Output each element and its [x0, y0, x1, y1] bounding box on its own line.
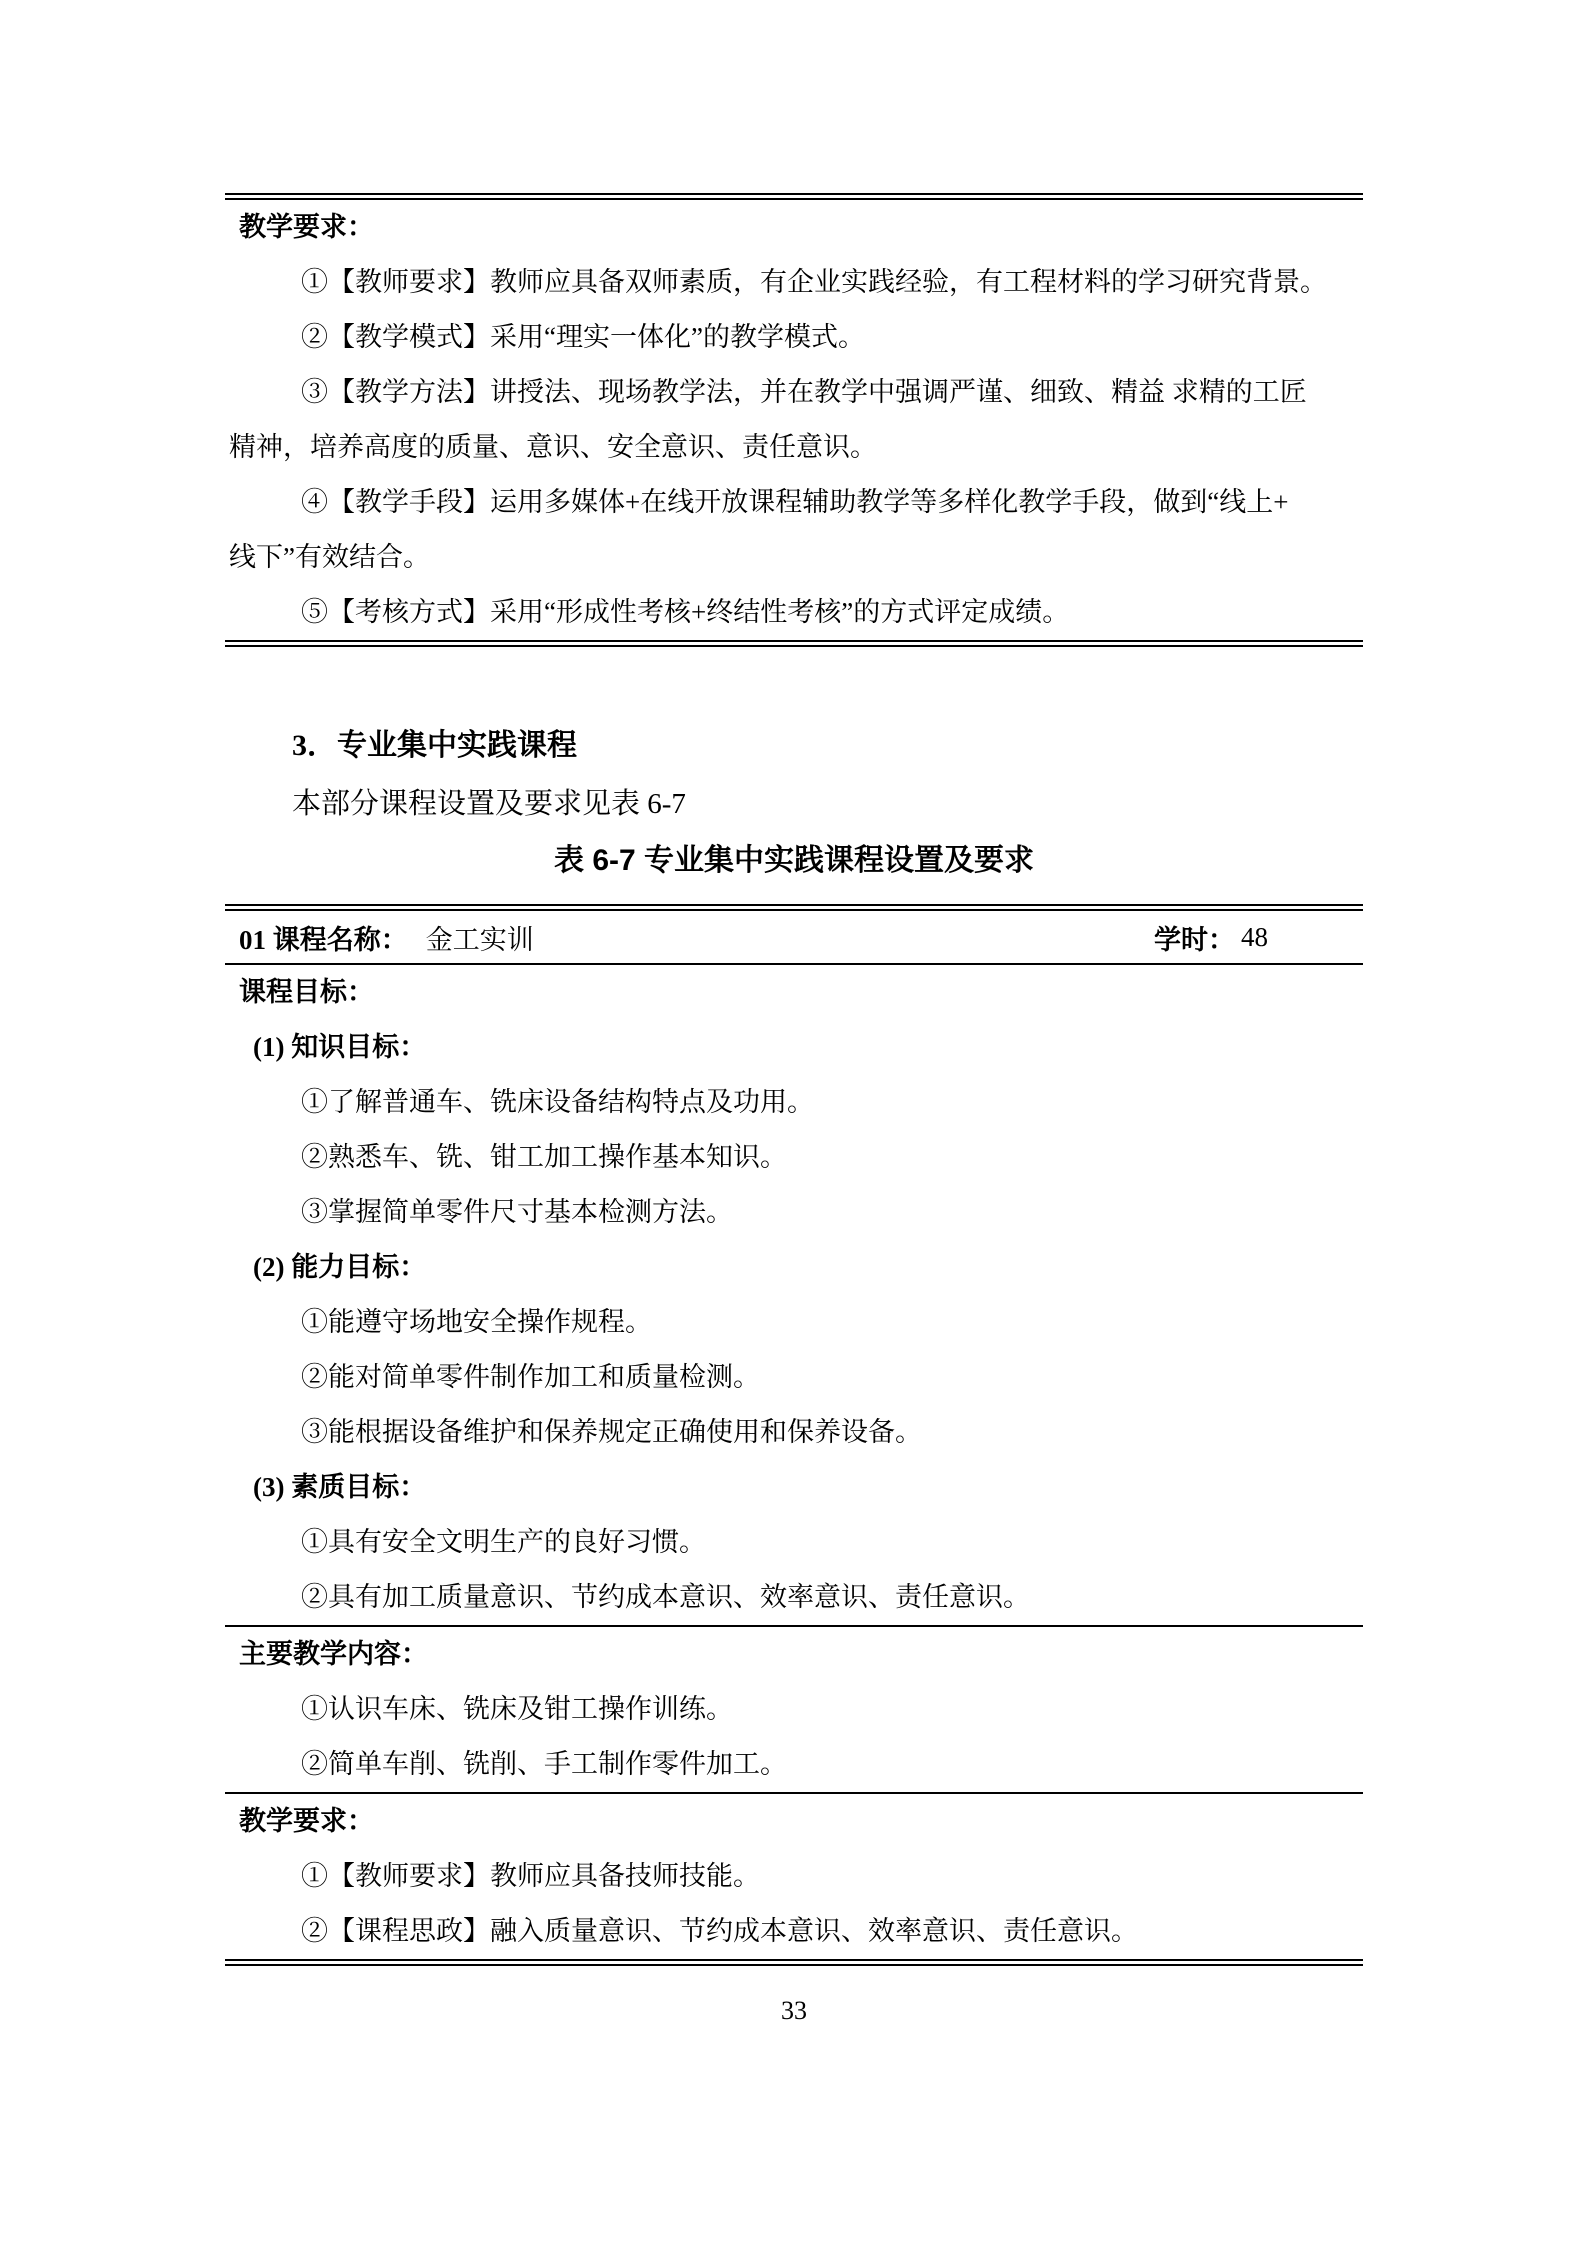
page-number: 33 — [225, 1996, 1363, 2026]
teaching-requirement-item: ③【教学方法】讲授法、现场教学法，并在教学中强调严谨、细致、精益 求精的工匠 — [225, 365, 1363, 420]
table-caption: 表 6-7 专业集中实践课程设置及要求 — [225, 833, 1363, 888]
quality-goals-header: (3) 素质目标： — [225, 1460, 1363, 1515]
teaching-requirements-header: 教学要求： — [225, 200, 1363, 255]
course-title-row: 01 课程名称： 金工实训 学时： 48 — [225, 911, 1363, 963]
course-req-item: ②【课程思政】融入质量意识、节约成本意识、效率意识、责任意识。 — [225, 1904, 1363, 1959]
teaching-requirement-item: ①【教师要求】教师应具备双师素质，有企业实践经验，有工程材料的学习研究背景。 — [225, 255, 1363, 310]
teaching-requirement-item: ②【教学模式】采用“理实一体化”的教学模式。 — [225, 310, 1363, 365]
course-name: 金工实训 — [426, 918, 534, 957]
table-bottom-border — [225, 640, 1363, 647]
page-content: 教学要求： ①【教师要求】教师应具备双师素质，有企业实践经验，有工程材料的学习研… — [225, 0, 1363, 2026]
course-table-bottom-border — [225, 1959, 1363, 1966]
teaching-requirement-item: ④【教学手段】运用多媒体+在线开放课程辅助教学等多样化教学手段，做到“线上+ — [225, 475, 1363, 530]
ability-goal-item: ②能对简单零件制作加工和质量检测。 — [225, 1350, 1363, 1405]
course-req-header: 教学要求： — [225, 1794, 1363, 1849]
teaching-requirement-item: ⑤【考核方式】采用“形成性考核+终结性考核”的方式评定成绩。 — [225, 585, 1363, 640]
course-table: 01 课程名称： 金工实训 学时： 48 课程目标： (1) 知识目标： ①了解… — [225, 904, 1363, 1966]
teaching-content-header: 主要教学内容： — [225, 1627, 1363, 1682]
course-table-top-border — [225, 904, 1363, 911]
knowledge-goal-item: ②熟悉车、铣、钳工加工操作基本知识。 — [225, 1130, 1363, 1185]
teaching-requirement-item-continuation: 精神，培养高度的质量、意识、安全意识、责任意识。 — [225, 420, 1363, 475]
knowledge-goal-item: ①了解普通车、铣床设备结构特点及功用。 — [225, 1075, 1363, 1130]
teaching-content-item: ②简单车削、铣削、手工制作零件加工。 — [225, 1737, 1363, 1792]
quality-goal-item: ①具有安全文明生产的良好习惯。 — [225, 1515, 1363, 1570]
course-number-label: 01 课程名称： — [239, 918, 408, 957]
hours-label: 学时： — [1154, 918, 1235, 957]
document-page: 教学要求： ①【教师要求】教师应具备双师素质，有企业实践经验，有工程材料的学习研… — [0, 0, 1587, 2245]
section-heading: 3．专业集中实践课程 — [225, 717, 1363, 775]
quality-goal-item: ②具有加工质量意识、节约成本意识、效率意识、责任意识。 — [225, 1570, 1363, 1625]
course-hours: 学时： 48 — [1154, 911, 1268, 963]
teaching-requirement-item-continuation: 线下”有效结合。 — [225, 530, 1363, 585]
course-req-item: ①【教师要求】教师应具备技师技能。 — [225, 1849, 1363, 1904]
ability-goal-item: ③能根据设备维护和保养规定正确使用和保养设备。 — [225, 1405, 1363, 1460]
hours-value: 48 — [1241, 922, 1268, 953]
teaching-content-item: ①认识车床、铣床及钳工操作训练。 — [225, 1682, 1363, 1737]
ability-goal-item: ①能遵守场地安全操作规程。 — [225, 1295, 1363, 1350]
course-goals-header: 课程目标： — [225, 965, 1363, 1020]
teaching-requirements-table: 教学要求： ①【教师要求】教师应具备双师素质，有企业实践经验，有工程材料的学习研… — [225, 193, 1363, 647]
knowledge-goal-item: ③掌握简单零件尺寸基本检测方法。 — [225, 1185, 1363, 1240]
table-top-border — [225, 193, 1363, 200]
section-intro: 本部分课程设置及要求见表 6-7 — [225, 775, 1363, 833]
ability-goals-header: (2) 能力目标： — [225, 1240, 1363, 1295]
knowledge-goals-header: (1) 知识目标： — [225, 1020, 1363, 1075]
